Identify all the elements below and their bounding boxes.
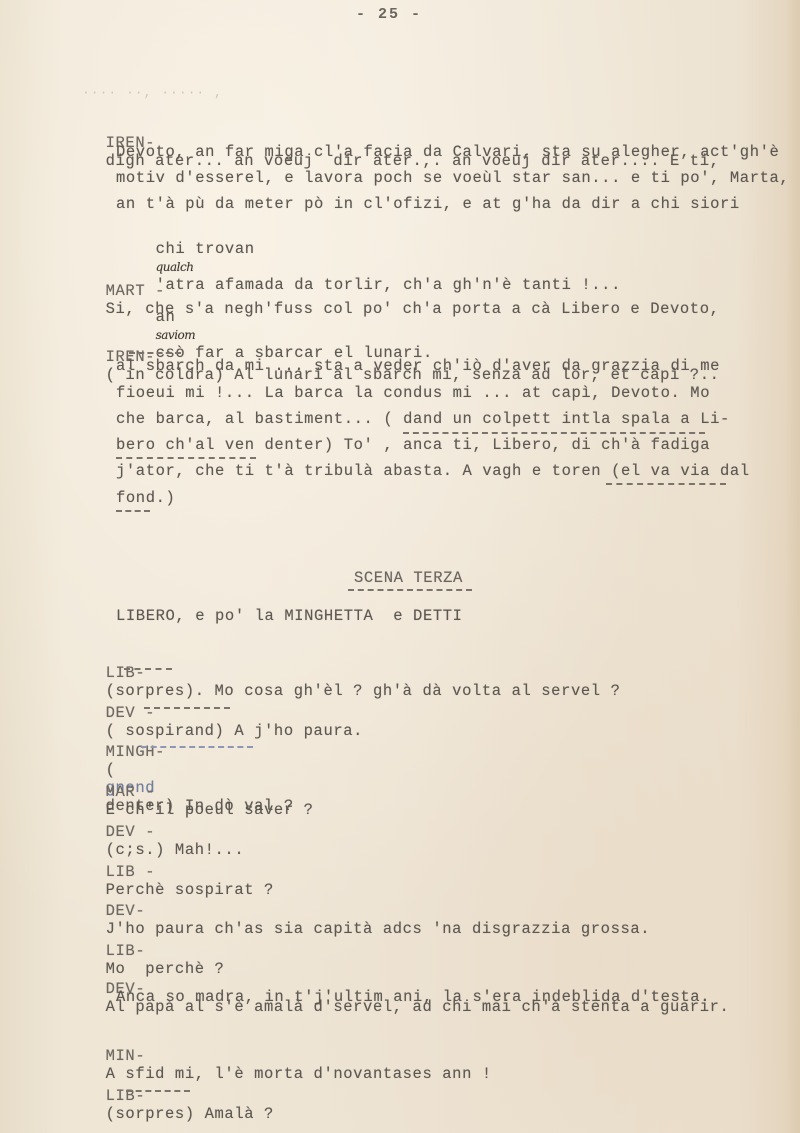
dialogue-line: an t'à pù da meter pò in cl'ofizi, e at … <box>116 195 740 213</box>
stage-direction-underline <box>116 510 150 512</box>
dialogue-text: chi trovan <box>156 240 255 258</box>
dialogue-line: Anca so madra, in t'j'ultim ani, la s'er… <box>116 988 710 1006</box>
speaker-label: LIB- <box>106 664 146 682</box>
stage-direction-underline <box>606 483 726 485</box>
stage-direction-underline <box>126 1090 190 1092</box>
page-number: - 25 - <box>356 6 422 23</box>
dialogue-line: LIB- (sorpres) Amalà ? <box>66 1069 274 1133</box>
speaker-label: LIB- <box>106 942 146 960</box>
speaker-label: MIN- <box>106 1047 146 1065</box>
speaker-label: DEV - <box>106 823 156 841</box>
speaker-label: DEV- <box>106 902 146 920</box>
stage-direction-underline <box>141 746 253 748</box>
dialogue-line: motiv d'esserel, e lavora poch se voeùl … <box>116 169 789 187</box>
stage-direction-underline <box>403 432 705 434</box>
dialogue-line: bero ch'al ven denter) To' , anca ti, Li… <box>116 436 710 454</box>
dialogue-line: j'ator, che ti t'à tribulà abasta. A vag… <box>116 462 750 480</box>
dialogue-text: (sorpres) Amalà ? <box>106 1105 274 1123</box>
dialogue-line: fond.) <box>116 489 175 507</box>
bleed-through-text: ···· ··, ····· , <box>82 85 223 100</box>
typewritten-script-page: - 25 - ···· ··, ····· , IREN- digh ater.… <box>0 0 800 1133</box>
stage-direction-underline <box>129 352 181 354</box>
scene-title-underline <box>348 589 472 591</box>
speaker-label: LIB - <box>106 863 156 881</box>
dialogue-line: che barca, al bastiment... ( dand un col… <box>116 410 730 428</box>
dialogue-text: an <box>156 308 176 326</box>
scene-characters: LIBERO, e po' la MINGHETTA e DETTI <box>116 607 463 625</box>
dialogue-line: fioeui mi !... La barca la condus mi ...… <box>116 384 710 402</box>
dialogue-line: al sbarch da mi ... sta a veder ch'iò d'… <box>116 357 720 375</box>
dialogue-line: Devoto, an far miga cl'a facia da Calvar… <box>116 143 779 161</box>
stage-direction-underline <box>116 457 256 459</box>
stage-direction-underline <box>144 707 230 709</box>
scene-title: SCENA TERZA <box>354 569 463 587</box>
speaker-label: MAR - <box>106 783 156 801</box>
stage-direction-underline <box>124 668 172 670</box>
